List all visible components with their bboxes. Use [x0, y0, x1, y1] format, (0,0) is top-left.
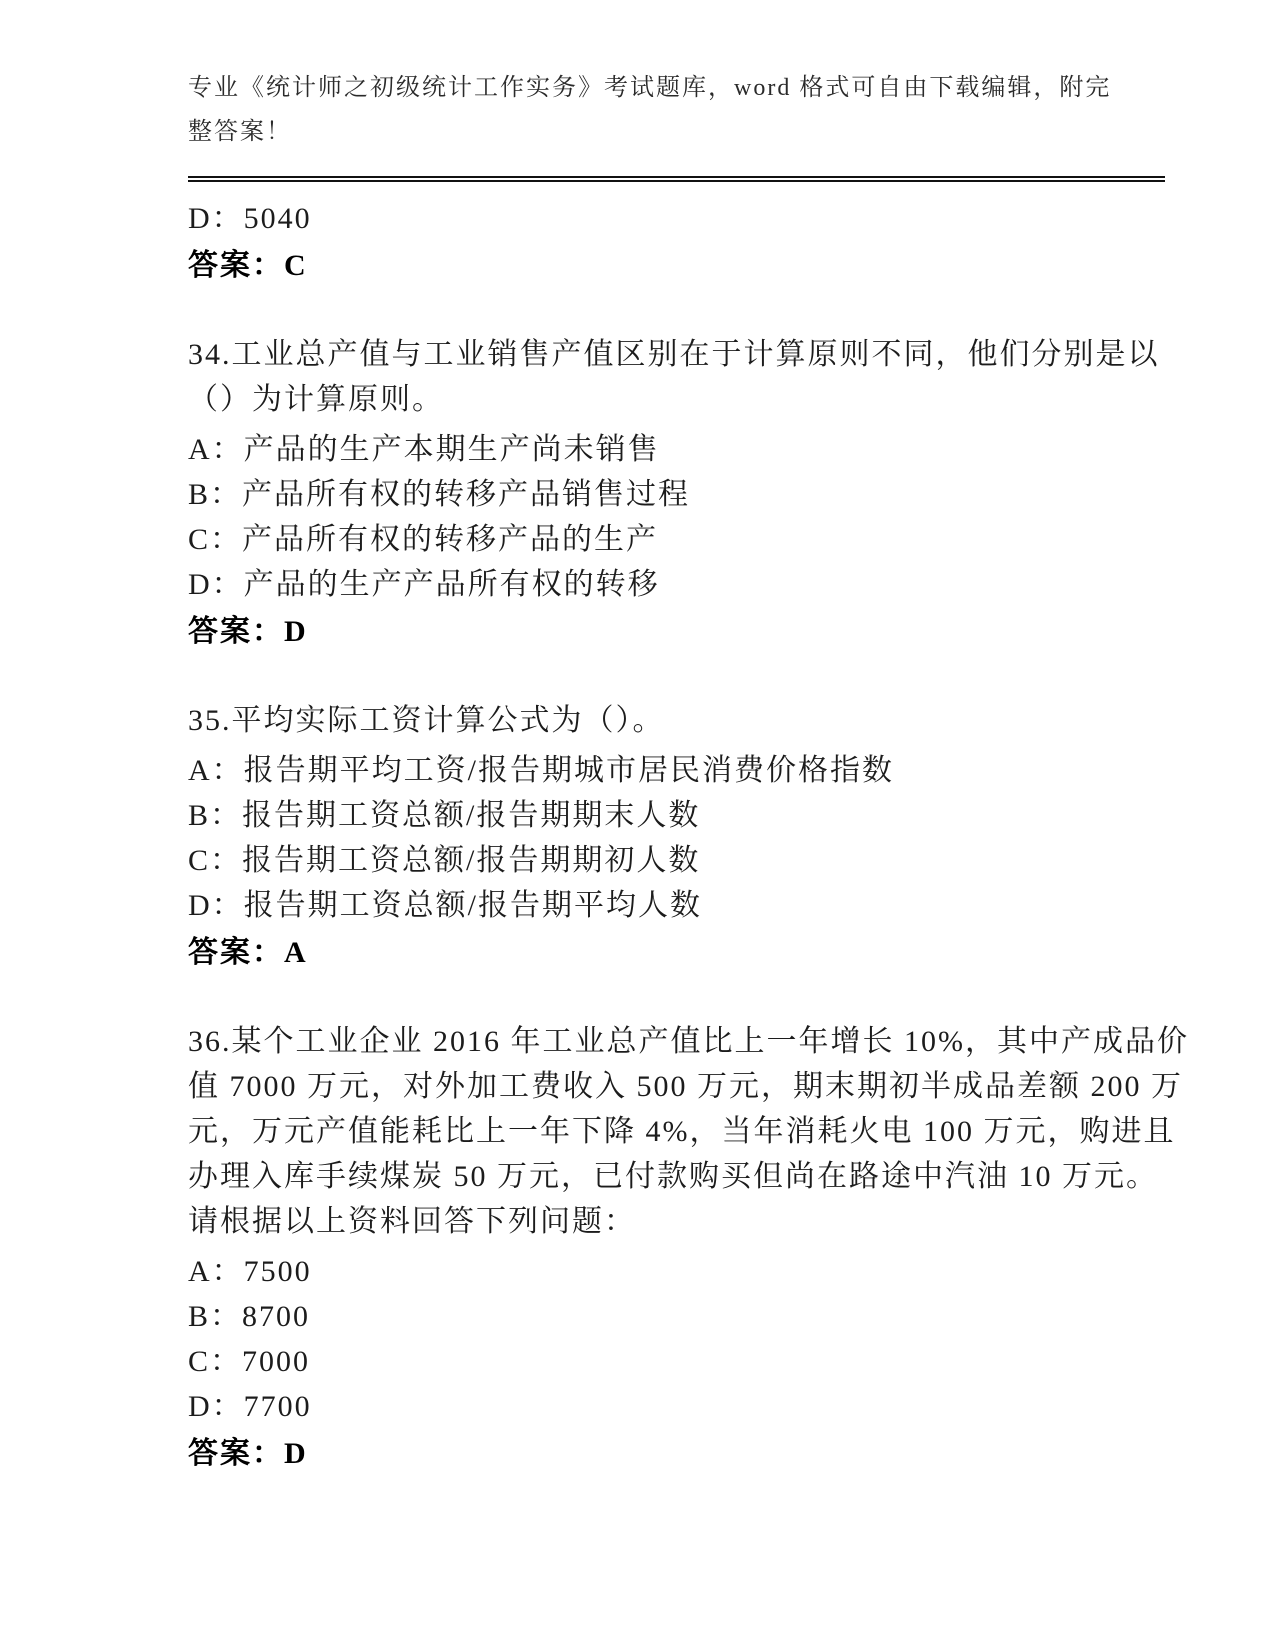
question-stem-line: 36.某个工业企业 2016 年工业总产值比上一年增长 10%，其中产成品价 [188, 1019, 1165, 1064]
option-list: A：产品的生产本期生产尚未销售 B：产品所有权的转移产品销售过程 C：产品所有权… [188, 427, 1165, 607]
question-35: 35.平均实际工资计算公式为（）。 A：报告期平均工资/报告期城市居民消费价格指… [188, 698, 1165, 975]
header-divider-rule [188, 176, 1165, 182]
option-list: A：报告期平均工资/报告期城市居民消费价格指数 B：报告期工资总额/报告期期末人… [188, 748, 1165, 928]
option-line: B：报告期工资总额/报告期期末人数 [188, 793, 1165, 838]
question-stem: 35.平均实际工资计算公式为（）。 [188, 698, 1165, 743]
option-line: D：7700 [188, 1384, 1165, 1429]
question-stem-line: 34.工业总产值与工业销售产值区别在于计算原则不同，他们分别是以 [188, 332, 1165, 377]
answer-line: 答案：D [188, 1431, 1165, 1476]
answer-line: 答案：C [188, 243, 1165, 288]
option-line: C：产品所有权的转移产品的生产 [188, 517, 1165, 562]
option-line: D：5040 [188, 196, 1165, 241]
answer-line: 答案：D [188, 609, 1165, 654]
question-stem-line: 请根据以上资料回答下列问题： [188, 1199, 1165, 1244]
question-stem-line: （）为计算原则。 [188, 377, 1165, 422]
question-stem: 34.工业总产值与工业销售产值区别在于计算原则不同，他们分别是以 （）为计算原则… [188, 332, 1165, 422]
answer-line: 答案：A [188, 930, 1165, 975]
option-line: C：报告期工资总额/报告期期初人数 [188, 838, 1165, 883]
option-line: C：7000 [188, 1339, 1165, 1384]
question-36: 36.某个工业企业 2016 年工业总产值比上一年增长 10%，其中产成品价 值… [188, 1019, 1165, 1476]
option-line: D：产品的生产产品所有权的转移 [188, 562, 1165, 607]
question-stem-line: 办理入库手续煤炭 50 万元，已付款购买但尚在路途中汽油 10 万元。 [188, 1154, 1165, 1199]
option-line: D：报告期工资总额/报告期平均人数 [188, 883, 1165, 928]
question-34: 34.工业总产值与工业销售产值区别在于计算原则不同，他们分别是以 （）为计算原则… [188, 332, 1165, 654]
header-line: 整答案！ [188, 110, 1165, 154]
question-stem-line: 元，万元产值能耗比上一年下降 4%，当年消耗火电 100 万元，购进且 [188, 1109, 1165, 1154]
question-stem: 36.某个工业企业 2016 年工业总产值比上一年增长 10%，其中产成品价 值… [188, 1019, 1165, 1244]
page-content: 专业《统计师之初级统计工作实务》考试题库，word 格式可自由下载编辑，附完 整… [188, 0, 1165, 1476]
option-line: B：产品所有权的转移产品销售过程 [188, 472, 1165, 517]
question-33-remainder: D：5040 答案：C [188, 196, 1165, 288]
header-line: 专业《统计师之初级统计工作实务》考试题库，word 格式可自由下载编辑，附完 [188, 66, 1165, 110]
option-line: A：7500 [188, 1249, 1165, 1294]
document-header: 专业《统计师之初级统计工作实务》考试题库，word 格式可自由下载编辑，附完 整… [188, 0, 1165, 176]
question-stem-line: 35.平均实际工资计算公式为（）。 [188, 698, 1165, 743]
question-stem-line: 值 7000 万元，对外加工费收入 500 万元，期末期初半成品差额 200 万 [188, 1064, 1165, 1109]
option-line: A：产品的生产本期生产尚未销售 [188, 427, 1165, 472]
option-list: A：7500 B：8700 C：7000 D：7700 [188, 1249, 1165, 1429]
option-line: A：报告期平均工资/报告期城市居民消费价格指数 [188, 748, 1165, 793]
option-line: B：8700 [188, 1294, 1165, 1339]
